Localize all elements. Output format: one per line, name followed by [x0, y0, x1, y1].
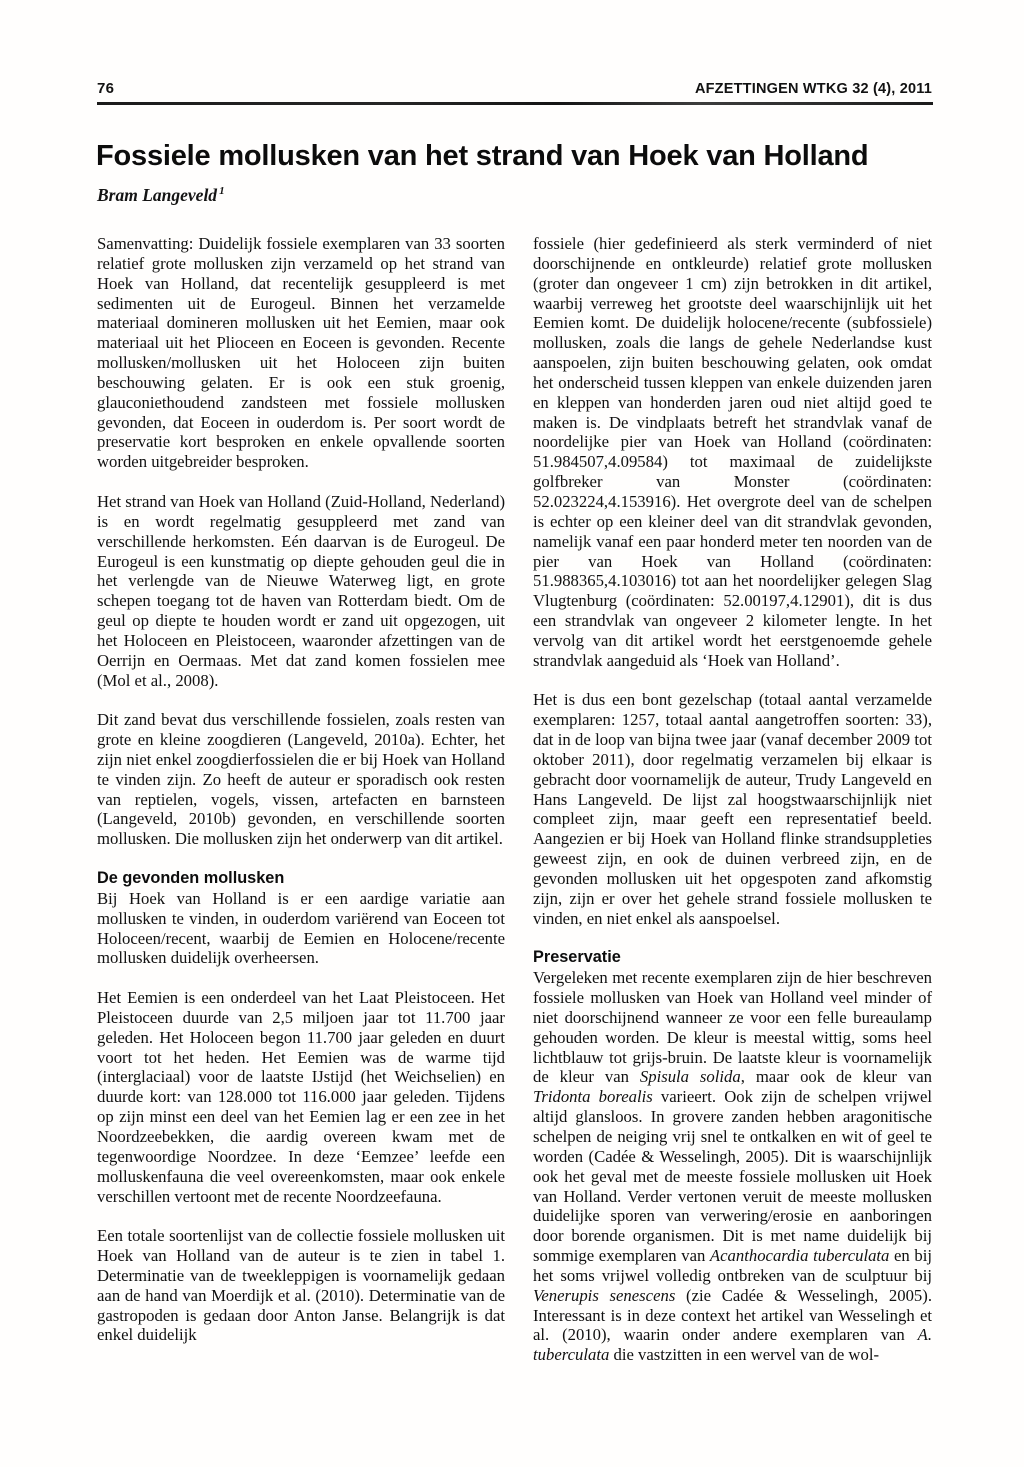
author-footnote-mark: 1 [219, 185, 225, 197]
author-byline: Bram Langeveld1 [97, 185, 225, 206]
column-right: fossiele (hier gedefinieerd als sterk ve… [533, 234, 932, 1365]
header-rule [97, 102, 933, 105]
page-number: 76 [97, 80, 114, 97]
body-paragraph: Een totale soortenlijst van de collectie… [97, 1226, 505, 1345]
article-body: Samenvatting: Duidelijk fossiele exempla… [97, 234, 932, 1365]
species-name: A. tuberculata [533, 1325, 932, 1364]
species-name: Venerupis senescens [533, 1286, 675, 1305]
body-paragraph: Het is dus een bont gezelschap (totaal a… [533, 690, 932, 928]
section-heading: De gevonden mollusken [97, 869, 505, 889]
body-paragraph: Het strand van Hoek van Holland (Zuid-Ho… [97, 492, 505, 690]
column-left: Samenvatting: Duidelijk fossiele exempla… [97, 234, 505, 1365]
species-name: Tridonta borealis [533, 1087, 653, 1106]
body-paragraph: Dit zand bevat dus verschillende fossiel… [97, 710, 505, 849]
journal-page: 76 AFZETTINGEN WTKG 32 (4), 2011 Fossiel… [0, 0, 1024, 1467]
species-name: Acanthocardia tuberculata [710, 1246, 889, 1265]
journal-reference: AFZETTINGEN WTKG 32 (4), 2011 [695, 81, 932, 97]
article-title: Fossiele mollusken van het strand van Ho… [96, 140, 868, 173]
body-paragraph: Samenvatting: Duidelijk fossiele exempla… [97, 234, 505, 472]
body-paragraph: fossiele (hier gedefinieerd als sterk ve… [533, 234, 932, 671]
running-header: 76 AFZETTINGEN WTKG 32 (4), 2011 [97, 80, 932, 97]
body-paragraph: Het Eemien is een onderdeel van het Laat… [97, 988, 505, 1206]
section-heading: Preservatie [533, 948, 932, 968]
species-name: Spisula solida [640, 1067, 741, 1086]
body-paragraph: Vergeleken met recente exemplaren zijn d… [533, 968, 932, 1365]
author-name: Bram Langeveld [97, 185, 217, 205]
body-paragraph: Bij Hoek van Holland is er een aardige v… [97, 889, 505, 968]
